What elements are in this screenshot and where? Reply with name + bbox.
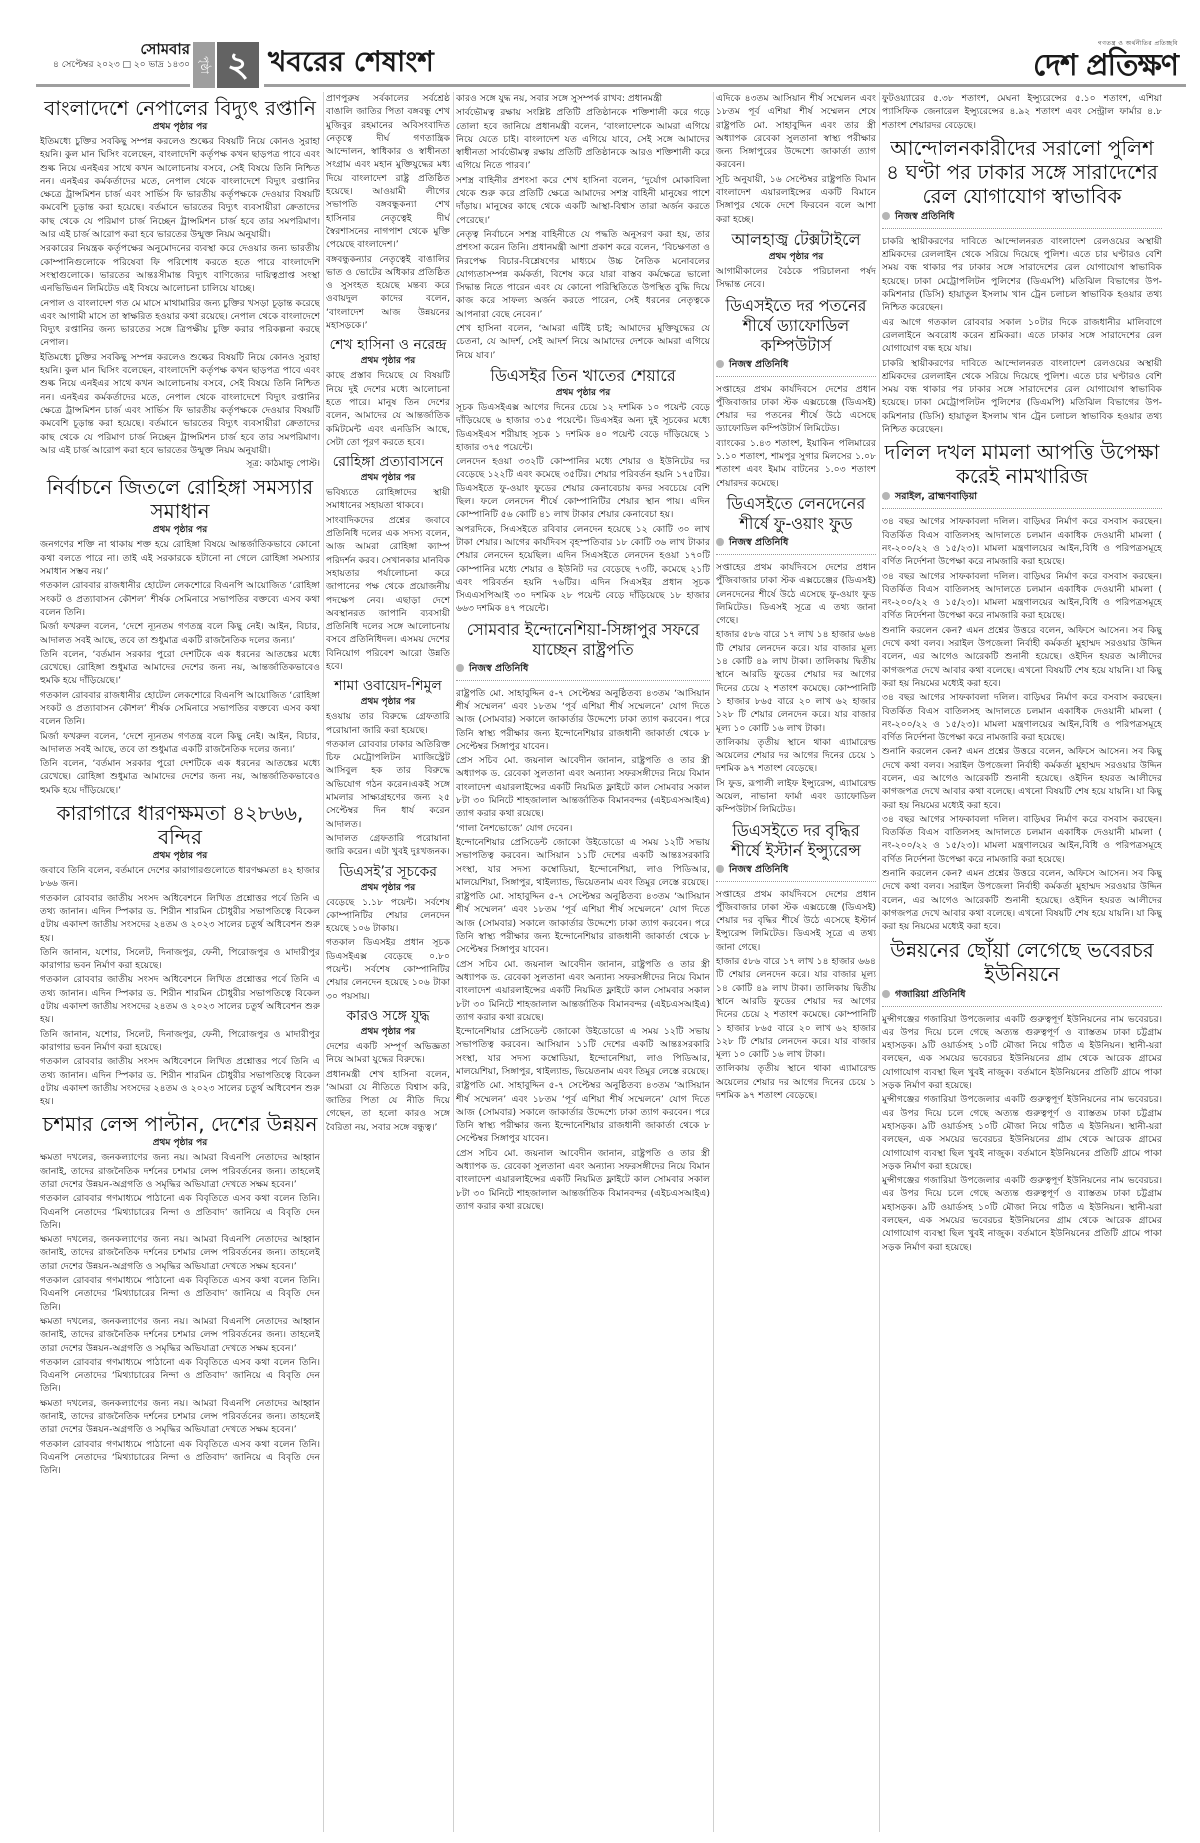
column-6: ফুটওয়্যারের ৫.৩৮ শতাংশ, মেঘনা ইন্স্যুরে…: [882, 92, 1162, 1832]
paragraph: ভবিষ্যতে রোহিঙ্গাদের স্থায়ী সমাধানের সহ…: [326, 486, 450, 513]
paragraph: গতকাল রোববার ঢাকার অতিরিক্ত চিফ মেট্রোপল…: [326, 738, 450, 831]
paragraph: জনগণের শক্তি না থাকায় শক্ত হয়ে রোহিঙ্গ…: [40, 538, 320, 578]
article-dse-three-sectors: ডিএসইর তিন খাতের শেয়ারে প্রথম পৃষ্ঠার প…: [456, 366, 710, 616]
divider: [716, 376, 876, 377]
paragraph: ক্ষমতা দখলের, জনকল্যাণের জন্য নয়। আমরা …: [40, 1233, 320, 1273]
paragraph: ৩৪ বছর আগের সাফকাবলা দলিল। বাড়িঘর নির্ম…: [882, 691, 1162, 744]
headline[interactable]: ডিএসইর তিন খাতের শেয়ারে: [456, 366, 710, 386]
paragraph: সশস্ত্র বাহিনীর প্রশংসা করে শেখ হাসিনা ব…: [456, 174, 710, 227]
divider: [716, 554, 876, 555]
headline[interactable]: ডিএসইতে লেনদেনের শীর্ষে ফু-ওয়াং ফুড: [716, 494, 876, 534]
article-railway: আন্দোলনকারীদের সরালো পুলিশ ৪ ঘণ্টা পর ঢা…: [882, 136, 1162, 436]
paragraph: গতকাল রোববার রাজধানীর হোটেল লেকশোরে বিএন…: [40, 689, 320, 729]
article-pm-main: কারও সঙ্গে যুদ্ধ নয়, সবার সঙ্গে সুসম্পর…: [456, 92, 710, 362]
brand-name: দেশ প্রতিক্ষণ: [1033, 49, 1178, 83]
bullet-icon: [882, 492, 890, 500]
paragraph: ক্ষমতা দখলের, জনকল্যাণের জন্য নয়। আমরা …: [40, 1151, 320, 1191]
headline[interactable]: কারাগারে ধারণক্ষমতা ৪২৮৬৬, বন্দির: [40, 801, 320, 849]
paragraph: সপ্তাহের প্রথম কার্যদিবসে দেশের প্রধান প…: [716, 888, 876, 954]
paragraph: মির্জা ফখরুল বলেন, ‘দেশে ন্যূনতম গণতন্ত্…: [40, 730, 320, 757]
paragraph: আদালত গ্রেফতারি পরোয়ানা জারি করেন। এটা …: [326, 832, 450, 859]
bullet-icon: [716, 538, 724, 546]
page-number: ২: [217, 42, 259, 88]
continued-label: প্রথম পৃষ্ঠার পর: [716, 251, 876, 263]
paragraph: ইতিমধ্যে চুক্তির সবকিছু সম্পন্ন করলেও শু…: [40, 351, 320, 457]
paragraph: প্রধানমন্ত্রী শেখ হাসিনা বলেন, ‘আমরা যে …: [326, 1068, 450, 1134]
bullet-icon: [456, 664, 464, 672]
headline[interactable]: সোমবার ইন্দোনেশিয়া-সিঙ্গাপুর সফরে যাচ্ছ…: [456, 620, 710, 660]
article-shama-obaed: শামা ওবায়েদ-শিমুল প্রথম পৃষ্ঠার পর হওয়…: [326, 677, 450, 858]
paragraph: গতকাল রোববার গণমাধ্যমে পাঠানো এক বিবৃতিত…: [40, 1356, 320, 1396]
paragraph: বঙ্গবন্ধুকন্যার নেতৃত্বেই বাঙালির ভাত ও …: [326, 253, 450, 333]
divider: [882, 228, 1162, 229]
paragraph: তিনি জানান, যশোর, সিলেট, দিনাজপুর, ফেনী,…: [40, 946, 320, 973]
bullet-icon: [716, 865, 724, 873]
paragraph: আগামীকালের বৈঠকে পরিচালনা পর্ষদ সিদ্ধান্…: [716, 265, 876, 292]
paragraph: ইতিমধ্যে চুক্তির সবকিছু সম্পন্ন করলেও শু…: [40, 135, 320, 241]
headline[interactable]: উন্নয়নের ছোঁয়া লেগেছে ভবেরচর ইউনিয়নে: [882, 938, 1162, 986]
continued-label: প্রথম পৃষ্ঠার পর: [326, 696, 450, 708]
headline[interactable]: নির্বাচনে জিতলে রোহিঙ্গা সমস্যার সমাধান: [40, 475, 320, 523]
paragraph: ৩৪ বছর আগের সাফকাবলা দলিল। বাড়িঘর নির্ম…: [882, 515, 1162, 568]
divider: [882, 1006, 1162, 1007]
paragraph: রাষ্ট্রপতি মো. সাহাবুদ্দিন ৫-৭ সেপ্টেম্ব…: [456, 687, 710, 753]
paragraph: প্রাণপুরুষ সর্বকালের সর্বশ্রেষ্ঠ বাঙালি …: [326, 92, 450, 252]
continued-label: প্রথম পৃষ্ঠার পর: [40, 524, 320, 536]
issue-date: ৪ সেপ্টেম্বর ২০২৩ □ ২০ ভাদ্র ১৪৩০: [40, 58, 190, 72]
paragraph: সূচক ডিএসইএক্স আগের দিনের চেয়ে ১২ দশমিক…: [456, 401, 710, 454]
paragraph: গতকাল রোববার জাতীয় সংসদ অধিবেশনে লিখিত …: [40, 1055, 320, 1108]
article-alhaj-textile: আলহাজ্ব টেক্সটাইলে প্রথম পৃষ্ঠার পর আগাম…: [716, 230, 876, 292]
byline: নিজস্ব প্রতিনিধি: [456, 662, 710, 676]
headline[interactable]: শেখ হাসিনা ও নরেন্দ্র: [326, 336, 450, 354]
byline: গজারিয়া প্রতিনিধি: [882, 988, 1162, 1002]
bullet-icon: [882, 212, 890, 220]
paragraph: নেপাল ও বাংলাদেশ গত মে মাসে মাথামারির জন…: [40, 297, 320, 350]
article-chashma: চশমার লেন্স পাল্টান, দেশের উন্নয়ন প্রথম…: [40, 1112, 320, 1477]
headline[interactable]: ডিএসই’র সূচকের: [326, 863, 450, 881]
column-1: বাংলাদেশে নেপালের বিদ্যুৎ রপ্তানি প্রথম …: [40, 92, 320, 1832]
article-source: সূত্র: কাঠমান্ডু পোস্ট।: [40, 458, 320, 471]
divider: [264, 84, 1186, 87]
paragraph: অপরদিকে, সিএসইতে রবিবার লেনদেন হয়েছে ১২…: [456, 523, 710, 616]
page-label: পৃষ্ঠা: [193, 42, 215, 88]
paragraph: হওয়ায় তার বিরুদ্ধে গ্রেফতারি পরোয়ানা …: [326, 710, 450, 737]
masthead: সোমবার ৪ সেপ্টেম্বর ২০২৩ □ ২০ ভাদ্র ১৪৩০…: [0, 0, 1200, 88]
article-nepal-power: বাংলাদেশে নেপালের বিদ্যুৎ রপ্তানি প্রথম …: [40, 96, 320, 471]
section-title: খবরের শেষাংশ: [268, 44, 434, 80]
article-no-war: কারও সঙ্গে যুদ্ধ প্রথম পৃষ্ঠার পর দেশের …: [326, 1007, 450, 1134]
continued-label: প্রথম পৃষ্ঠার পর: [326, 882, 450, 894]
paragraph: প্রেস সচিব মো. জয়নাল আবেদীন জানান, রাষ্…: [456, 958, 710, 1024]
paragraph: গতকাল ডিএসইর প্রধান সূচক ডিএসইএক্স বেড়ে…: [326, 936, 450, 1002]
paragraph: তালিকায় তৃতীয় স্থানে থাকা এ্যামারেল্ড …: [716, 1062, 876, 1102]
headline[interactable]: আন্দোলনকারীদের সরালো পুলিশ ৪ ঘণ্টা পর ঢা…: [882, 136, 1162, 208]
byline: নিজস্ব প্রতিনিধি: [882, 210, 1162, 224]
divider: [716, 881, 876, 882]
paragraph: রাষ্ট্রপতি মো. সাহাবুদ্দিন ৫-৭ সেপ্টেম্ব…: [456, 890, 710, 956]
article-dse-index: ডিএসই’র সূচকের প্রথম পৃষ্ঠার পর বেড়েছে …: [326, 863, 450, 1003]
newspaper-logo[interactable]: গণতন্ত্র ও অর্থনীতির প্রতিচ্ছবি দেশ প্রত…: [1033, 38, 1178, 83]
paragraph: গতকাল রোববার গণমাধ্যমে পাঠানো এক বিবৃতিত…: [40, 1438, 320, 1478]
paragraph: ক্ষমতা দখলের, জনকল্যাণের জন্য নয়। আমরা …: [40, 1397, 320, 1437]
paragraph: তিনি জানান, যশোর, সিলেট, দিনাজপুর, ফেনী,…: [40, 1028, 320, 1055]
article-dse-top-fuwang: ডিএসইতে লেনদেনের শীর্ষে ফু-ওয়াং ফুড নিজ…: [716, 494, 876, 817]
paragraph: গতকাল রোববার গণমাধ্যমে পাঠানো এক বিবৃতিত…: [40, 1274, 320, 1314]
paragraph: ৩৪ বছর আগের সাফকাবলা দলিল। বাড়িঘর নির্ম…: [882, 813, 1162, 866]
paragraph: দেশের একটি সম্পূর্ণ অভিজ্ঞতা নিয়ে আমরা …: [326, 1040, 450, 1067]
paragraph: তিনি বলেন, ‘বর্তমান সরকার পুরো দেশটিকে এ…: [40, 648, 320, 688]
paragraph: তালিকায় তৃতীয় স্থানে থাকা এ্যামারেল্ড …: [716, 736, 876, 776]
paragraph: তিনি বলেন, ‘বর্তমান সরকার পুরো দেশটিকে এ…: [40, 757, 320, 797]
article-rohingya-repatriation: রোহিঙ্গা প্রত্যাবাসনে প্রথম পৃষ্ঠার পর ভ…: [326, 453, 450, 673]
article-dse-rise-eastern: ডিএসইতে দর বৃদ্ধির শীর্ষে ইস্টার্ন ইন্স্…: [716, 821, 876, 1103]
paragraph: কাছে প্রস্তাব দিয়েছে যে বিষয়টি নিয়ে দ…: [326, 369, 450, 449]
paragraph: হাজার ৫৮৬ বারে ১৭ লাখ ১৪ হাজার ৬৬৪ টি শে…: [716, 628, 876, 734]
paragraph: কারও সঙ্গে যুদ্ধ নয়, সবার সঙ্গে সুসম্পর…: [456, 92, 710, 105]
headline[interactable]: কারও সঙ্গে যুদ্ধ: [326, 1007, 450, 1025]
paragraph: নেতৃত্ব নির্বাচনে সশস্ত্র বাহিনীতে যে পদ…: [456, 228, 710, 321]
paragraph: শুনানি করলেন কেন? এমন প্রশ্নের উত্তরে বল…: [882, 867, 1162, 933]
paragraph: ৩৪ বছর আগের সাফকাবলা দলিল। বাড়িঘর নির্ম…: [882, 570, 1162, 623]
paragraph: রাষ্ট্রপতি মো. সাহাবুদ্দিন ৫-৭ সেপ্টেম্ব…: [456, 1079, 710, 1145]
paragraph: সরকারের নিয়ন্ত্রক কর্তৃপক্ষের অনুমোদনের…: [40, 242, 320, 295]
paragraph: প্রেস সচিব মো. জয়নাল আবেদীন জানান, রাষ্…: [456, 1147, 710, 1213]
article-bhaberchar: উন্নয়নের ছোঁয়া লেগেছে ভবেরচর ইউনিয়নে …: [882, 938, 1162, 1254]
paragraph: সপ্তাহের প্রথম কার্যদিবসে দেশের প্রধান প…: [716, 561, 876, 627]
continued-label: প্রথম পৃষ্ঠার পর: [326, 1026, 450, 1038]
paragraph: শেখ হাসিনা বলেন, ‘আমরা এটিই চাই; আমাদের …: [456, 322, 710, 362]
article-prison: কারাগারে ধারণক্ষমতা ৪২৮৬৬, বন্দির প্রথম …: [40, 801, 320, 1108]
continued-label: প্রথম পৃষ্ঠার পর: [456, 387, 710, 399]
paragraph: এদিকে ৪৩তম আসিয়ান শীর্ষ সম্মেলন এবং ১৮ত…: [716, 92, 876, 172]
paragraph: বেড়েছে ১.১৮ পয়েন্ট। সর্বশেষ কোম্পানিটি…: [326, 896, 450, 936]
column-3-4: কারও সঙ্গে যুদ্ধ নয়, সবার সঙ্গে সুসম্পর…: [456, 92, 710, 1832]
paragraph: চাকরি স্থায়ীকরণের দাবিতে আন্দোলনরত বাংল…: [882, 357, 1162, 437]
divider: [882, 508, 1162, 509]
paragraph: গতকাল রোববার জাতীয় সংসদ অধিবেশনে লিখিত …: [40, 973, 320, 1026]
paragraph: মুন্সীগঞ্জের গজারিয়া উপজেলার একটি গুরুত…: [882, 1013, 1162, 1093]
continued-label: প্রথম পৃষ্ঠার পর: [40, 850, 320, 862]
headline[interactable]: দলিল দখল মামলা আপত্তি উপেক্ষা করেই নামখা…: [882, 440, 1162, 488]
byline: নিজস্ব প্রতিনিধি: [716, 358, 876, 372]
headline[interactable]: চশমার লেন্স পাল্টান, দেশের উন্নয়ন: [40, 1112, 320, 1136]
paragraph: লেনদেন হওয়া ৩৩২টি কোম্পানির মধ্যে শেয়া…: [456, 455, 710, 521]
bullet-icon: [882, 990, 890, 998]
paragraph: হাজার ৫৮৬ বারে ১৭ লাখ ১৪ হাজার ৬৬৪ টি শে…: [716, 955, 876, 1061]
paragraph: প্রেস সচিব মো. জয়নাল আবেদীন জানান, রাষ্…: [456, 754, 710, 820]
column-divider: [453, 92, 454, 1832]
headline[interactable]: শামা ওবায়েদ-শিমুল: [326, 677, 450, 695]
paragraph: মুন্সীগঞ্জের গজারিয়া উপজেলার একটি গুরুত…: [882, 1093, 1162, 1173]
paragraph: সি ফুড, রূপালী লাইফ ইন্স্যুরেন্স, এ্যামা…: [716, 777, 876, 817]
paragraph: সপ্তাহের প্রথম কার্যদিবসে দেশের প্রধান প…: [716, 383, 876, 436]
paragraph: গতকাল রোববার রাজধানীর হোটেল লেকশোরে বিএন…: [40, 579, 320, 619]
divider: [36, 84, 190, 87]
issue-day: সোমবার: [40, 40, 190, 58]
byline: নিজস্ব প্রতিনিধি: [716, 536, 876, 550]
article-asean-end: এদিকে ৪৩তম আসিয়ান শীর্ষ সম্মেলন এবং ১৮ত…: [716, 92, 876, 226]
paragraph: সূচি অনুযায়ী, ১৬ সেপ্টেম্বর রাষ্ট্রপতি …: [716, 173, 876, 226]
byline: সরাইল, ব্রাহ্মণবাড়িয়া: [882, 490, 1162, 504]
article-dolil: দলিল দখল মামলা আপত্তি উপেক্ষা করেই নামখা…: [882, 440, 1162, 933]
article-hasina-modi: শেখ হাসিনা ও নরেন্দ্র প্রথম পৃষ্ঠার পর ক…: [326, 336, 450, 449]
article-president-trip: সোমবার ইন্দোনেশিয়া-সিঙ্গাপুর সফরে যাচ্ছ…: [456, 620, 710, 1214]
column-5: এদিকে ৪৩তম আসিয়ান শীর্ষ সম্মেলন এবং ১৮ত…: [716, 92, 876, 1832]
paragraph: মুন্সীগঞ্জের গজারিয়া উপজেলার একটি গুরুত…: [882, 1174, 1162, 1254]
paragraph: ইন্দোনেশিয়ার প্রেসিডেন্ট জোকো উইডোডো এ …: [456, 836, 710, 889]
paragraph: সাংবাদিকদের প্রশ্নের জবাবে প্রতিনিধি দলে…: [326, 514, 450, 674]
continued-label: প্রথম পৃষ্ঠার পর: [326, 472, 450, 484]
paragraph: চাকরি স্থায়ীকরণের দাবিতে আন্দোলনরত বাংল…: [882, 235, 1162, 315]
paragraph: এর আগে গতকাল রোববার সকাল ১০টার দিকে রাজধ…: [882, 316, 1162, 356]
continued-label: প্রথম পৃষ্ঠার পর: [40, 121, 320, 133]
divider: [456, 680, 710, 681]
headline[interactable]: ডিএসইতে দর পতনের শীর্ষে ড্যাফোডিল কম্পিউ…: [716, 296, 876, 356]
headline[interactable]: বাংলাদেশে নেপালের বিদ্যুৎ রপ্তানি: [40, 96, 320, 120]
continued-label: প্রথম পৃষ্ঠার পর: [40, 1137, 320, 1149]
paragraph: জবাবে তিনি বলেন, বর্তমানে দেশের কারাগারগ…: [40, 864, 320, 891]
article-col2-lead: প্রাণপুরুষ সর্বকালের সর্বশ্রেষ্ঠ বাঙালি …: [326, 92, 450, 332]
paragraph: গতকাল রোববার জাতীয় সংসদ অধিবেশনে লিখিত …: [40, 892, 320, 945]
paragraph: গতকাল রোববার গণমাধ্যমে পাঠানো এক বিবৃতিত…: [40, 1192, 320, 1232]
column-divider: [323, 92, 324, 1832]
paragraph: ফুটওয়্যারের ৫.৩৮ শতাংশ, মেঘনা ইন্স্যুরে…: [882, 92, 1162, 132]
paragraph: ইন্দোনেশিয়ার প্রেসিডেন্ট জোকো উইডোডো এ …: [456, 1025, 710, 1078]
headline[interactable]: আলহাজ্ব টেক্সটাইলে: [716, 230, 876, 250]
continued-label: প্রথম পৃষ্ঠার পর: [326, 355, 450, 367]
paragraph: শুনানি করলেন কেন? এমন প্রশ্নের উত্তরে বল…: [882, 624, 1162, 690]
paragraph: ব্যাংকের ১.৪৩ শতাংশ, ইয়াকিন পলিমারের ১.…: [716, 437, 876, 490]
article-col6-top: ফুটওয়্যারের ৫.৩৮ শতাংশ, মেঘনা ইন্স্যুরে…: [882, 92, 1162, 132]
column-divider: [879, 92, 880, 1832]
headline[interactable]: ডিএসইতে দর বৃদ্ধির শীর্ষে ইস্টার্ন ইন্স্…: [716, 821, 876, 861]
paragraph: ক্ষমতা দখলের, জনকল্যাণের জন্য নয়। আমরা …: [40, 1315, 320, 1355]
headline[interactable]: রোহিঙ্গা প্রত্যাবাসনে: [326, 453, 450, 471]
bullet-icon: [716, 360, 724, 368]
article-dse-fall-dafodil: ডিএসইতে দর পতনের শীর্ষে ড্যাফোডিল কম্পিউ…: [716, 296, 876, 490]
paragraph: শুনানি করলেন কেন? এমন প্রশ্নের উত্তরে বল…: [882, 745, 1162, 811]
article-rohingya: নির্বাচনে জিতলে রোহিঙ্গা সমস্যার সমাধান …: [40, 475, 320, 797]
paragraph: মির্জা ফখরুল বলেন, ‘দেশে ন্যূনতম গণতন্ত্…: [40, 620, 320, 647]
paragraph: ‘গালা নৈশভোজে’ যোগ দেবেন।: [456, 822, 710, 835]
column-divider: [713, 92, 714, 1832]
byline: নিজস্ব প্রতিনিধি: [716, 863, 876, 877]
issue-date-block: সোমবার ৪ সেপ্টেম্বর ২০২৩ □ ২০ ভাদ্র ১৪৩০: [40, 40, 190, 72]
column-2: প্রাণপুরুষ সর্বকালের সর্বশ্রেষ্ঠ বাঙালি …: [326, 92, 450, 1832]
paragraph: সার্বভৌমত্ব রক্ষায় সংশ্লিষ্ট প্রতিটি প্…: [456, 106, 710, 172]
